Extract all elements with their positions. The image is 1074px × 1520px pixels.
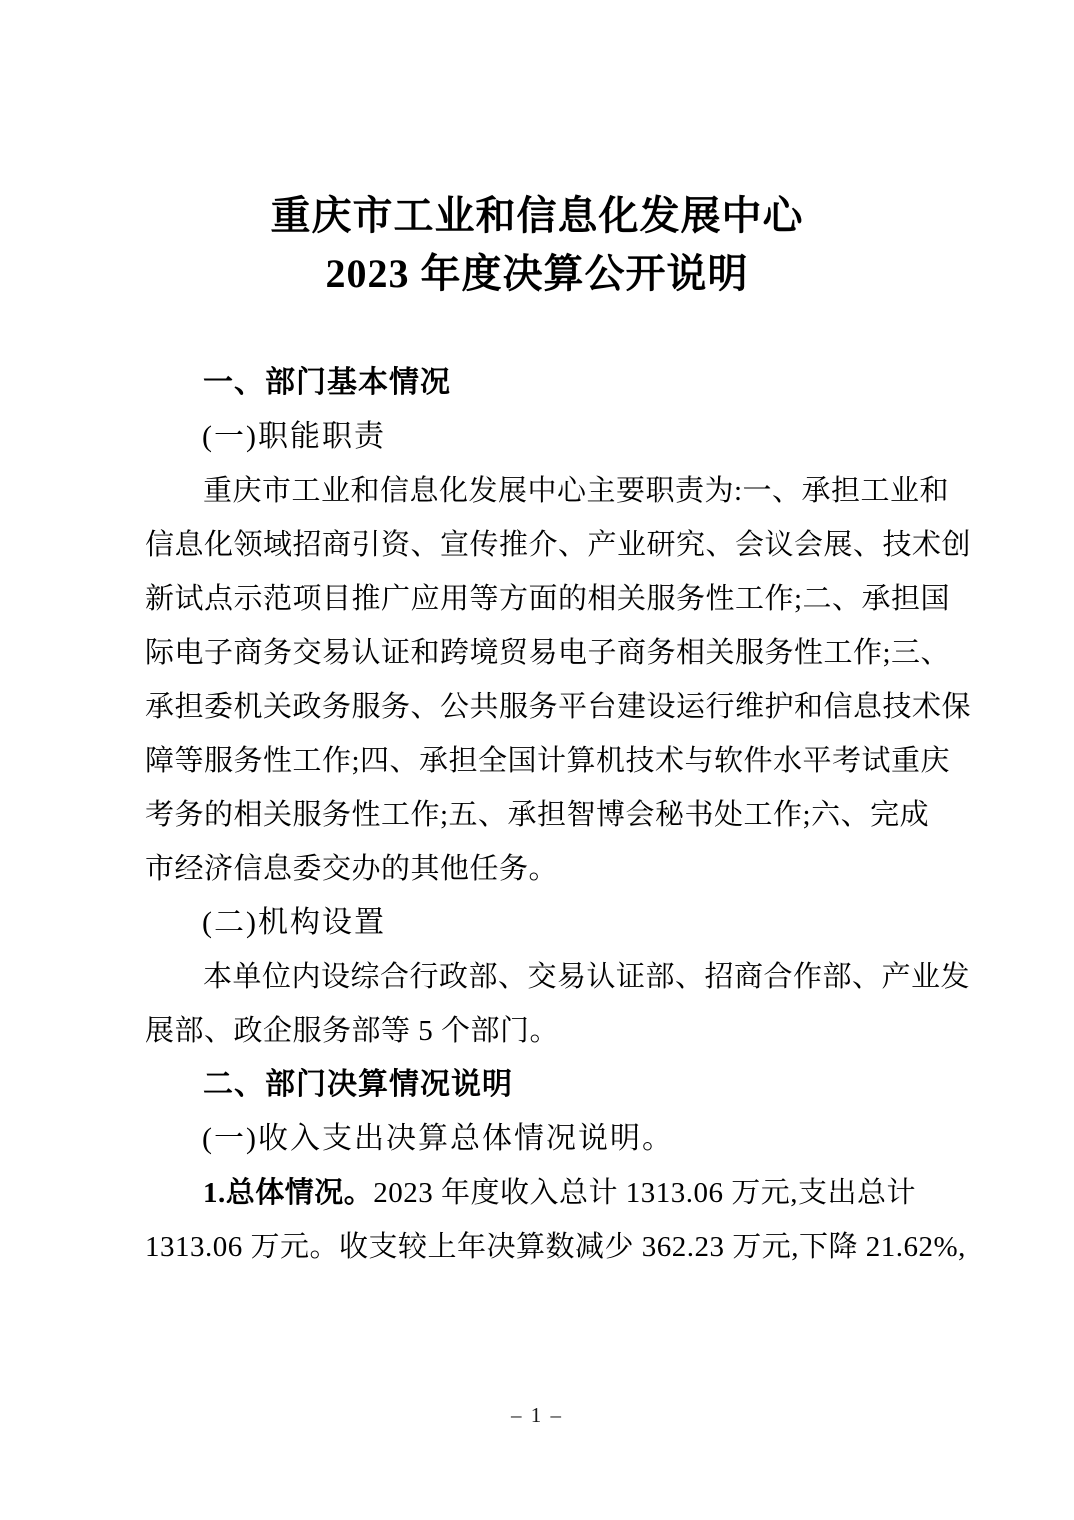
title-line-1: 重庆市工业和信息化发展中心 xyxy=(0,187,1074,245)
paragraph-1-line-6: 障等服务性工作;四、承担全国计算机技术与软件水平考试重庆 xyxy=(145,734,950,788)
section-2-sub-1-heading: (一)收入支出决算总体情况说明。 xyxy=(145,1112,950,1166)
document-title: 重庆市工业和信息化发展中心 2023 年度决算公开说明 xyxy=(0,0,1074,303)
paragraph-2-line-2: 展部、政企服务部等 5 个部门。 xyxy=(145,1004,950,1058)
paragraph-3-line-1-rest: 2023 年度收入总计 1313.06 万元,支出总计 xyxy=(373,1177,916,1209)
section-1-heading: 一、部门基本情况 xyxy=(145,356,950,410)
paragraph-1-line-2: 信息化领域招商引资、宣传推介、产业研究、会议会展、技术创 xyxy=(145,518,950,572)
paragraph-3-line-2: 1313.06 万元。收支较上年决算数减少 362.23 万元,下降 21.62… xyxy=(145,1220,950,1274)
page-number: – 1 – xyxy=(0,1403,1074,1428)
paragraph-1-line-1: 重庆市工业和信息化发展中心主要职责为:一、承担工业和 xyxy=(145,464,950,518)
paragraph-3-bold-lead: 1.总体情况。 xyxy=(203,1177,373,1209)
paragraph-1-line-7: 考务的相关服务性工作;五、承担智博会秘书处工作;六、完成 xyxy=(145,788,950,842)
section-1-sub-1-heading: (一)职能职责 xyxy=(145,410,950,464)
document-page: 重庆市工业和信息化发展中心 2023 年度决算公开说明 一、部门基本情况 (一)… xyxy=(0,0,1074,1520)
paragraph-1-line-5: 承担委机关政务服务、公共服务平台建设运行维护和信息技术保 xyxy=(145,680,950,734)
paragraph-2-line-1: 本单位内设综合行政部、交易认证部、招商合作部、产业发 xyxy=(145,950,950,1004)
document-body: 一、部门基本情况 (一)职能职责 重庆市工业和信息化发展中心主要职责为:一、承担… xyxy=(145,356,950,1274)
paragraph-1-line-8: 市经济信息委交办的其他任务。 xyxy=(145,842,950,896)
paragraph-3-line-1: 1.总体情况。2023 年度收入总计 1313.06 万元,支出总计 xyxy=(145,1166,950,1220)
section-2-heading: 二、部门决算情况说明 xyxy=(145,1058,950,1112)
paragraph-1-line-4: 际电子商务交易认证和跨境贸易电子商务相关服务性工作;三、 xyxy=(145,626,950,680)
title-line-2: 2023 年度决算公开说明 xyxy=(0,245,1074,303)
paragraph-1-line-3: 新试点示范项目推广应用等方面的相关服务性工作;二、承担国 xyxy=(145,572,950,626)
section-1-sub-2-heading: (二)机构设置 xyxy=(145,896,950,950)
